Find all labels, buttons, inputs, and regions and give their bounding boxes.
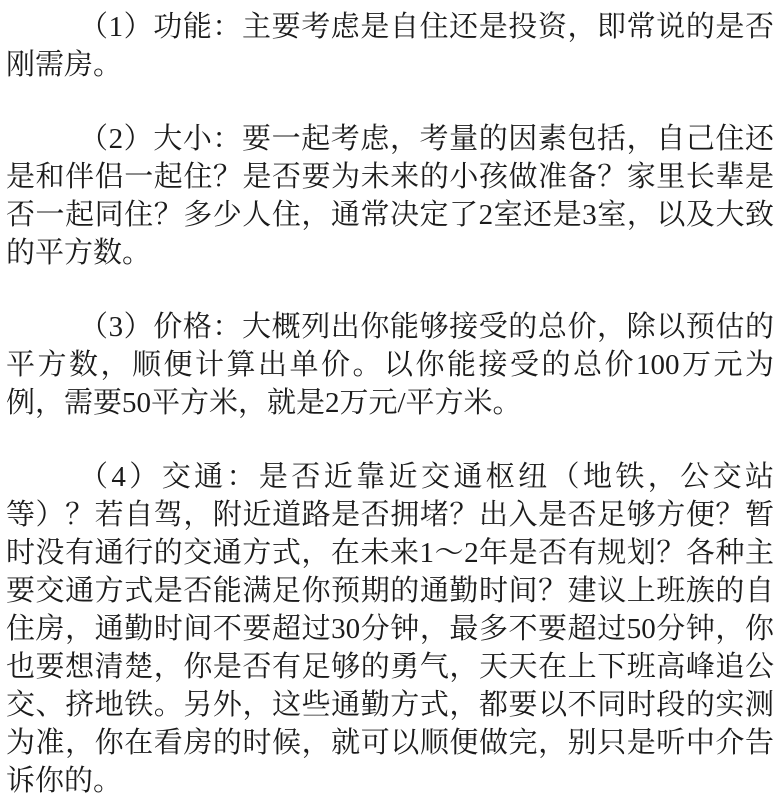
paragraph-1-function: （1）功能：主要考虑是自住还是投资，即常说的是否刚需房。 xyxy=(6,8,774,84)
paragraph-2-size: （2）大小：要一起考虑，考量的因素包括，自己住还是和伴侣一起住？是否要为未来的小… xyxy=(6,120,774,272)
paragraph-4-transport: （4）交通：是否近靠近交通枢纽（地铁，公交站等）？若自驾，附近道路是否拥堵？出入… xyxy=(6,458,774,800)
document-body: （1）功能：主要考虑是自住还是投资，即常说的是否刚需房。 （2）大小：要一起考虑… xyxy=(6,8,774,800)
document-page: （1）功能：主要考虑是自住还是投资，即常说的是否刚需房。 （2）大小：要一起考虑… xyxy=(0,0,784,800)
paragraph-3-price: （3）价格：大概列出你能够接受的总价，除以预估的平方数，顺便计算出单价。以你能接… xyxy=(6,308,774,422)
